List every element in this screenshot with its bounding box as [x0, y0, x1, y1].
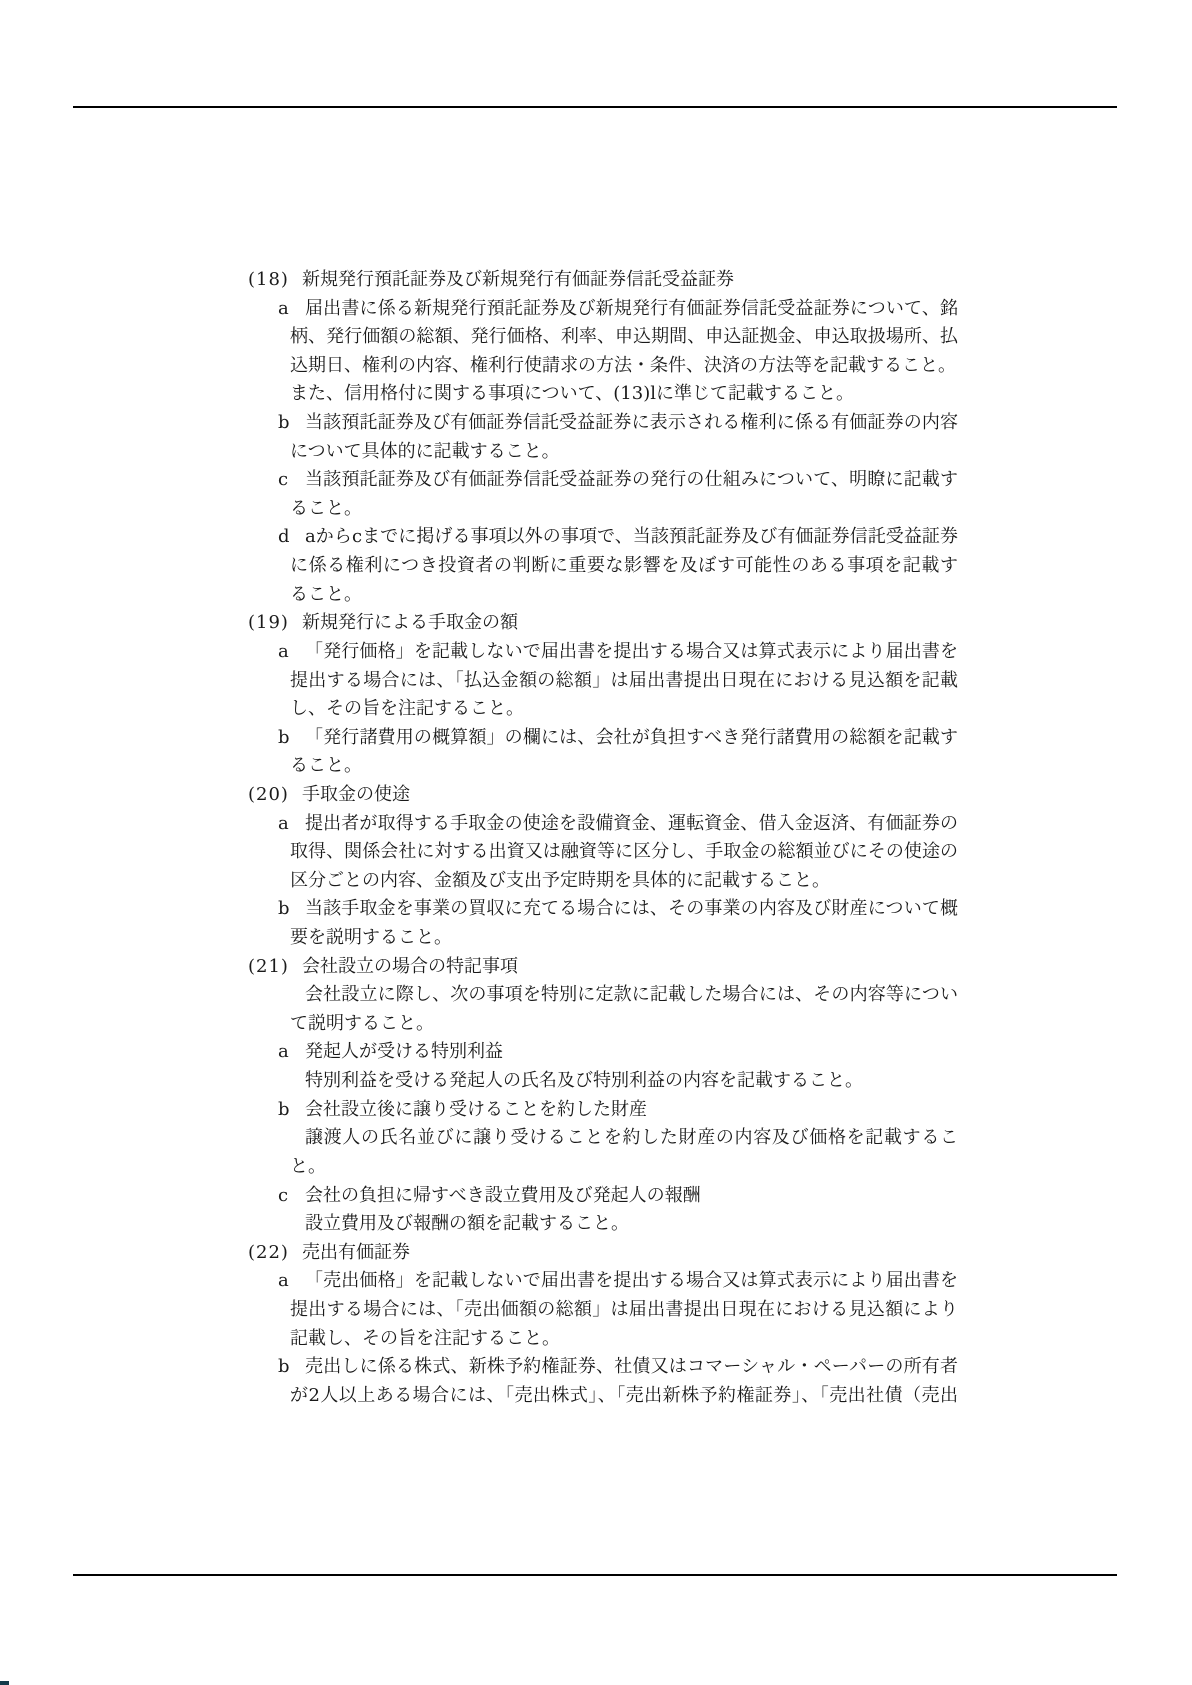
line-text: に係る権利につき投資者の判断に重要な影響を及ぼす可能性のある事項を記載す	[290, 552, 958, 581]
document-line: daからcまでに掲げる事項以外の事項で、当該預託証券及び有価証券信託受益証券	[0, 523, 1192, 552]
document-line: が2人以上ある場合には、「売出株式」、「売出新株予約権証券」、「売出社債（売出短	[0, 1382, 1192, 1411]
item-number: (19)	[248, 609, 289, 638]
document-line: b当該手取金を事業の買収に充てる場合には、その事業の内容及び財産について概	[0, 895, 1192, 924]
document-line: に係る権利につき投資者の判断に重要な影響を及ぼす可能性のある事項を記載す	[0, 552, 1192, 581]
line-text: 提出する場合には、「払込金額の総額」は届出書提出日現在における見込額を記載	[290, 667, 958, 696]
line-text: 届出書に係る新規発行預託証券及び新規発行有価証券信託受益証券について、銘	[305, 295, 958, 324]
line-text: 柄、発行価額の総額、発行価格、利率、申込期間、申込証拠金、申込取扱場所、払	[290, 323, 958, 352]
document-line: a届出書に係る新規発行預託証券及び新規発行有価証券信託受益証券について、銘	[0, 295, 1192, 324]
line-text: aからcまでに掲げる事項以外の事項で、当該預託証券及び有価証券信託受益証券	[305, 523, 958, 552]
line-text: と。	[290, 1153, 958, 1182]
document-line: について具体的に記載すること。	[0, 438, 1192, 467]
line-text: 当該預託証券及び有価証券信託受益証券の発行の仕組みについて、明瞭に記載す	[305, 466, 958, 495]
document-line: ること。	[0, 581, 1192, 610]
sub-item-letter: a	[278, 638, 289, 667]
item-title: 新規発行預託証券及び新規発行有価証券信託受益証券	[302, 266, 958, 295]
line-text: 「売出価格」を記載しないで届出書を提出する場合又は算式表示により届出書を	[305, 1267, 958, 1296]
line-text: 要を説明すること。	[290, 924, 958, 953]
line-text: ること。	[290, 495, 958, 524]
item-title: 手取金の使途	[302, 781, 958, 810]
line-text: 提出する場合には、「売出価額の総額」は届出書提出日現在における見込額により	[290, 1296, 958, 1325]
line-text: 記載し、その旨を注記すること。	[290, 1325, 958, 1354]
document-line: ること。	[0, 495, 1192, 524]
document-line: 込期日、権利の内容、権利行使請求の方法・条件、決済の方法等を記載すること。	[0, 352, 1192, 381]
line-text: 取得、関係会社に対する出資又は融資等に区分し、手取金の総額並びにその使途の	[290, 838, 958, 867]
document-line: 会社設立に際し、次の事項を特別に定款に記載した場合には、その内容等につい	[0, 981, 1192, 1010]
document-line: 区分ごとの内容、金額及び支出予定時期を具体的に記載すること。	[0, 867, 1192, 896]
document-line: と。	[0, 1153, 1192, 1182]
line-text: 設立費用及び報酬の額を記載すること。	[305, 1210, 958, 1239]
document-line: a「発行価格」を記載しないで届出書を提出する場合又は算式表示により届出書を	[0, 638, 1192, 667]
document-line: a発起人が受ける特別利益	[0, 1038, 1192, 1067]
line-text: 区分ごとの内容、金額及び支出予定時期を具体的に記載すること。	[290, 867, 958, 896]
line-text: 会社設立後に譲り受けることを約した財産	[305, 1096, 958, 1125]
document-line: b当該預託証券及び有価証券信託受益証券に表示される権利に係る有価証券の内容	[0, 409, 1192, 438]
document-line: 設立費用及び報酬の額を記載すること。	[0, 1210, 1192, 1239]
line-text: 発起人が受ける特別利益	[305, 1038, 958, 1067]
line-text: が2人以上ある場合には、「売出株式」、「売出新株予約権証券」、「売出社債（売出短	[290, 1382, 958, 1411]
document-line: b会社設立後に譲り受けることを約した財産	[0, 1096, 1192, 1125]
item-title: 売出有価証券	[302, 1239, 958, 1268]
document-line: (18)新規発行預託証券及び新規発行有価証券信託受益証券	[0, 266, 1192, 295]
item-number: (21)	[248, 953, 289, 982]
line-text: 当該預託証券及び有価証券信託受益証券に表示される権利に係る有価証券の内容	[305, 409, 958, 438]
item-title: 会社設立の場合の特記事項	[302, 953, 958, 982]
document-line: し、その旨を注記すること。	[0, 695, 1192, 724]
sub-item-letter: b	[278, 1096, 290, 1125]
line-text: 会社設立に際し、次の事項を特別に定款に記載した場合には、その内容等につい	[305, 981, 958, 1010]
header-rule	[73, 106, 1117, 108]
line-text: 特別利益を受ける発起人の氏名及び特別利益の内容を記載すること。	[305, 1067, 958, 1096]
sub-item-letter: a	[278, 295, 289, 324]
document-line: (20)手取金の使途	[0, 781, 1192, 810]
document-line: 提出する場合には、「払込金額の総額」は届出書提出日現在における見込額を記載	[0, 667, 1192, 696]
document-line: b売出しに係る株式、新株予約権証券、社債又はコマーシャル・ペーパーの所有者	[0, 1353, 1192, 1382]
document-line: c当該預託証券及び有価証券信託受益証券の発行の仕組みについて、明瞭に記載す	[0, 466, 1192, 495]
document-line: 取得、関係会社に対する出資又は融資等に区分し、手取金の総額並びにその使途の	[0, 838, 1192, 867]
sub-item-letter: b	[278, 409, 290, 438]
line-text: 当該手取金を事業の買収に充てる場合には、その事業の内容及び財産について概	[305, 895, 958, 924]
document-line: 柄、発行価額の総額、発行価格、利率、申込期間、申込証拠金、申込取扱場所、払	[0, 323, 1192, 352]
scan-artifact	[0, 1681, 9, 1685]
document-line: a提出者が取得する手取金の使途を設備資金、運転資金、借入金返済、有価証券の	[0, 810, 1192, 839]
document-body: (18)新規発行預託証券及び新規発行有価証券信託受益証券a届出書に係る新規発行預…	[0, 266, 1192, 1410]
document-line: a「売出価格」を記載しないで届出書を提出する場合又は算式表示により届出書を	[0, 1267, 1192, 1296]
line-text: 「発行価格」を記載しないで届出書を提出する場合又は算式表示により届出書を	[305, 638, 958, 667]
document-line: 記載し、その旨を注記すること。	[0, 1325, 1192, 1354]
line-text: について具体的に記載すること。	[290, 438, 958, 467]
sub-item-letter: b	[278, 895, 290, 924]
document-line: 特別利益を受ける発起人の氏名及び特別利益の内容を記載すること。	[0, 1067, 1192, 1096]
document-line: (19)新規発行による手取金の額	[0, 609, 1192, 638]
item-number: (22)	[248, 1239, 289, 1268]
line-text: ること。	[290, 752, 958, 781]
sub-item-letter: b	[278, 724, 290, 753]
line-text: 譲渡人の氏名並びに譲り受けることを約した財産の内容及び価格を記載するこ	[305, 1124, 958, 1153]
document-line: b「発行諸費用の概算額」の欄には、会社が負担すべき発行諸費用の総額を記載す	[0, 724, 1192, 753]
document-line: ること。	[0, 752, 1192, 781]
sub-item-letter: a	[278, 810, 289, 839]
line-text: 会社の負担に帰すべき設立費用及び発起人の報酬	[305, 1182, 958, 1211]
document-line: また、信用格付に関する事項について、(13)lに準じて記載すること。	[0, 380, 1192, 409]
line-text: 込期日、権利の内容、権利行使請求の方法・条件、決済の方法等を記載すること。	[290, 352, 958, 381]
sub-item-letter: b	[278, 1353, 290, 1382]
line-text: 提出者が取得する手取金の使途を設備資金、運転資金、借入金返済、有価証券の	[305, 810, 958, 839]
item-title: 新規発行による手取金の額	[302, 609, 958, 638]
line-text: て説明すること。	[290, 1010, 958, 1039]
sub-item-letter: a	[278, 1267, 289, 1296]
document-line: c会社の負担に帰すべき設立費用及び発起人の報酬	[0, 1182, 1192, 1211]
sub-item-letter: c	[278, 466, 288, 495]
sub-item-letter: a	[278, 1038, 289, 1067]
line-text: 「発行諸費用の概算額」の欄には、会社が負担すべき発行諸費用の総額を記載す	[305, 724, 958, 753]
document-line: (22)売出有価証券	[0, 1239, 1192, 1268]
document-line: 提出する場合には、「売出価額の総額」は届出書提出日現在における見込額により	[0, 1296, 1192, 1325]
line-text: ること。	[290, 581, 958, 610]
sub-item-letter: d	[278, 523, 290, 552]
document-line: 要を説明すること。	[0, 924, 1192, 953]
item-number: (18)	[248, 266, 289, 295]
line-text: また、信用格付に関する事項について、(13)lに準じて記載すること。	[290, 380, 958, 409]
document-page: (18)新規発行預託証券及び新規発行有価証券信託受益証券a届出書に係る新規発行預…	[0, 0, 1192, 1685]
line-text: 売出しに係る株式、新株予約権証券、社債又はコマーシャル・ペーパーの所有者	[305, 1353, 958, 1382]
document-line: て説明すること。	[0, 1010, 1192, 1039]
document-line: (21)会社設立の場合の特記事項	[0, 953, 1192, 982]
footer-rule	[73, 1574, 1117, 1576]
item-number: (20)	[248, 781, 289, 810]
document-line: 譲渡人の氏名並びに譲り受けることを約した財産の内容及び価格を記載するこ	[0, 1124, 1192, 1153]
sub-item-letter: c	[278, 1182, 288, 1211]
line-text: し、その旨を注記すること。	[290, 695, 958, 724]
